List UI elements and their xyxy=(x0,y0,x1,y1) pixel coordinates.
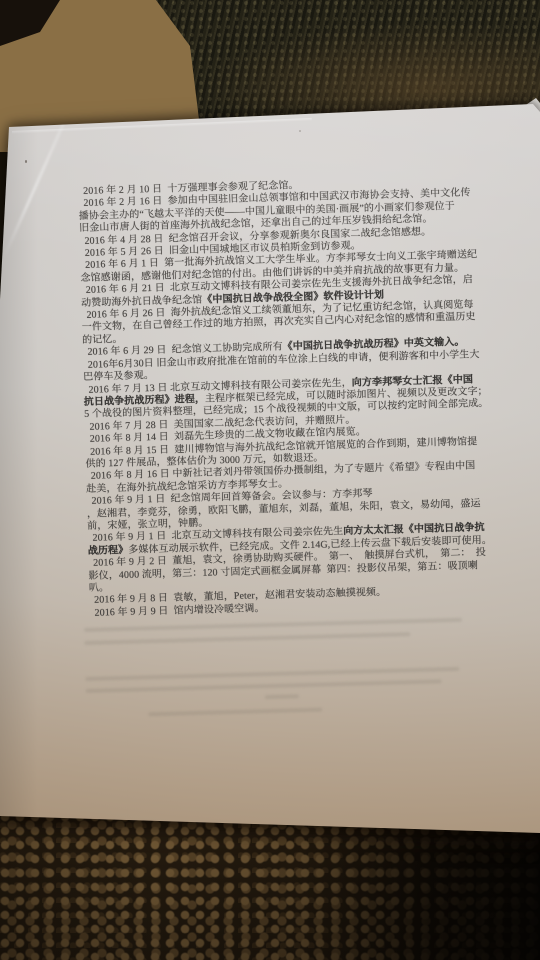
ghost-line xyxy=(84,632,410,645)
ghost-line xyxy=(86,679,442,693)
ghost-line xyxy=(85,667,459,681)
paper-crease xyxy=(2,101,74,259)
ghost-line xyxy=(84,618,462,632)
ghost-line xyxy=(265,694,299,699)
paper-speck xyxy=(25,160,27,163)
show-through-text xyxy=(84,617,478,718)
document-paper: 2016 年 2 月 10 日 十万强理事会参观了纪念馆。2016 年 2 月 … xyxy=(0,0,540,960)
paper-speck xyxy=(299,130,301,132)
photo-scene: 2016 年 2 月 10 日 十万强理事会参观了纪念馆。2016 年 2 月 … xyxy=(0,0,540,960)
ghost-line xyxy=(148,708,322,717)
paper-shadow-wrap: 2016 年 2 月 10 日 十万强理事会参观了纪念馆。2016 年 2 月 … xyxy=(0,0,540,960)
document-text: 2016 年 2 月 10 日 十万强理事会参观了纪念馆。2016 年 2 月 … xyxy=(78,175,494,620)
